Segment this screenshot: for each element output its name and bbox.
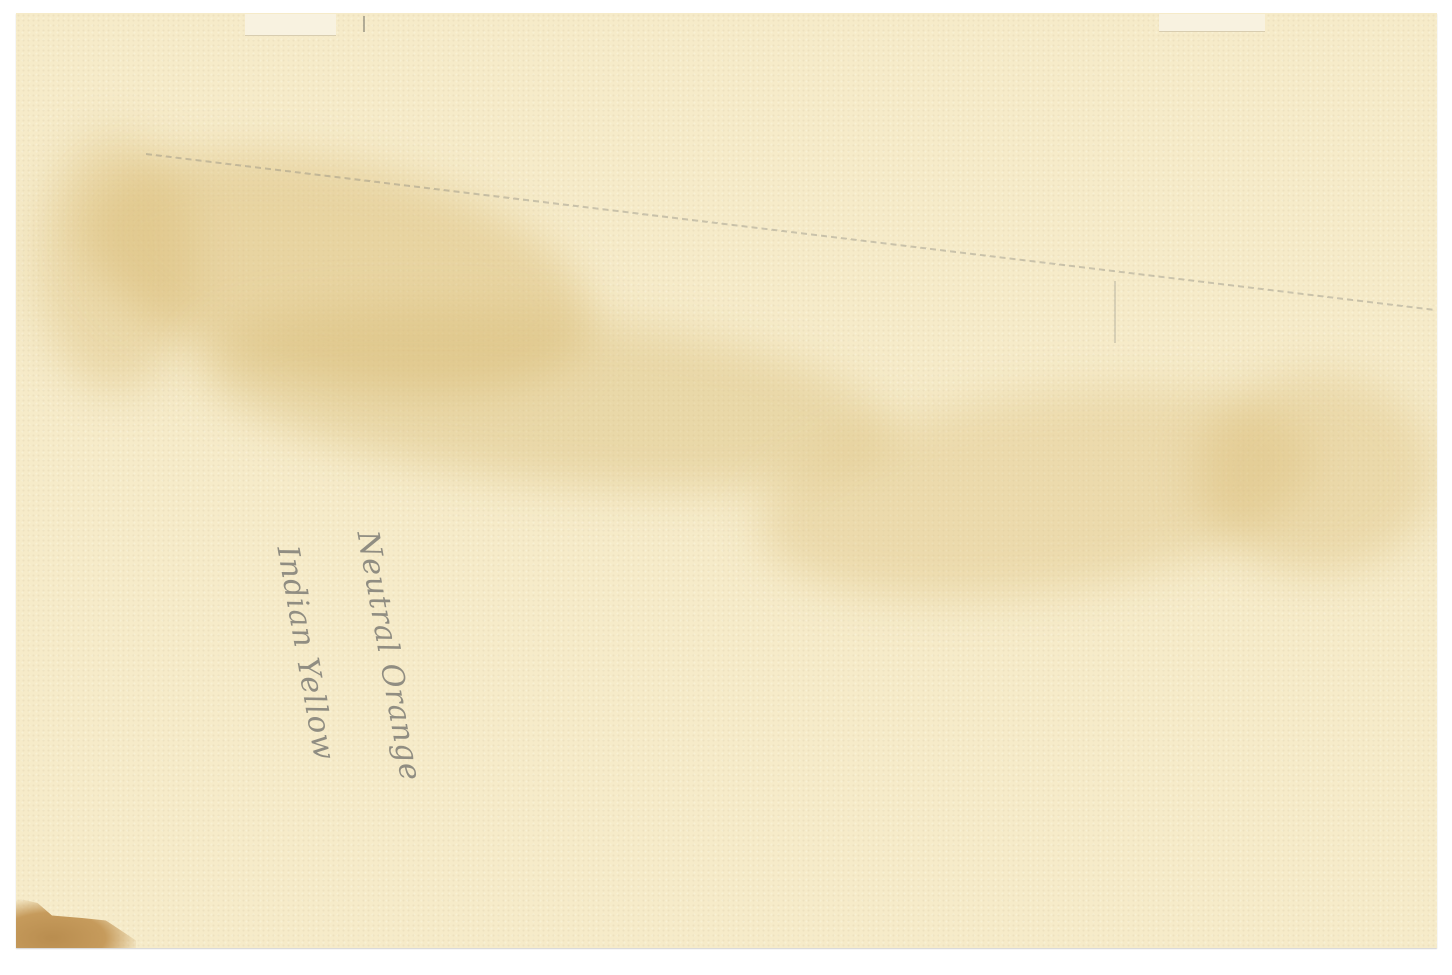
tape-remnant-left (245, 14, 336, 36)
paper-sheet: Neutral Orange Indian Yellow (16, 13, 1437, 948)
pencil-mark (363, 16, 365, 32)
water-stain (1196, 373, 1436, 573)
tape-remnant-right (1159, 14, 1265, 32)
pencil-tick-mark (1114, 281, 1116, 343)
